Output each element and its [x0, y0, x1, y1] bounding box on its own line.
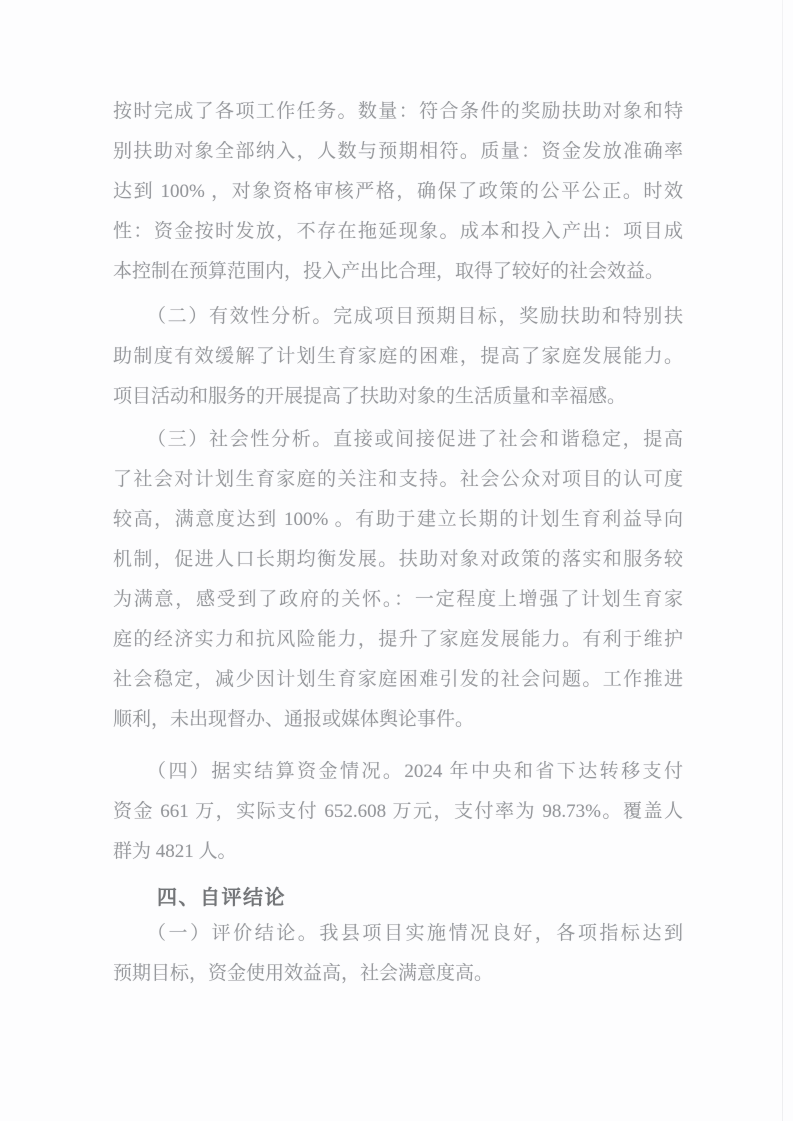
text-line: 资金 661 万，实际支付 652.608 万元，支付率为 98.73%。覆盖人	[113, 792, 683, 832]
text-line: （一）评价结论。我县项目实施情况良好，各项指标达到	[113, 914, 683, 954]
scan-edge-line	[782, 0, 783, 1121]
text-line: （四）据实结算资金情况。2024 年中央和省下达转移支付	[113, 752, 683, 792]
text-line: 机制，促进人口长期均衡发展。扶助对象对政策的落实和服务较	[113, 540, 683, 580]
text-line: 顺利，未出现督办、通报或媒体舆论事件。	[113, 700, 683, 740]
paragraph-social-analysis: （三）社会性分析。直接或间接促进了社会和谐稳定，提高了社会对计划生育家庭的关注和…	[113, 420, 683, 740]
document-body: 按时完成了各项工作任务。数量：符合条件的奖励扶助对象和特别扶助对象全部纳入，人数…	[113, 92, 683, 994]
text-line: 较高，满意度达到 100% 。有助于建立长期的计划生育利益导向	[113, 500, 683, 540]
text-line: （二）有效性分析。完成项目预期目标，奖励扶助和特别扶	[113, 297, 683, 337]
text-line: 庭的经济实力和抗风险能力，提升了家庭发展能力。有利于维护	[113, 620, 683, 660]
text-line: 了社会对计划生育家庭的关注和支持。社会公众对项目的认可度	[113, 460, 683, 500]
section-heading-self-evaluation-conclusion: 四、自评结论	[113, 882, 683, 914]
scanned-document-page: 按时完成了各项工作任务。数量：符合条件的奖励扶助对象和特别扶助对象全部纳入，人数…	[0, 0, 793, 1121]
text-line: 为满意，感受到了政府的关怀。：一定程度上增强了计划生育家	[113, 580, 683, 620]
paragraph-effectiveness-analysis: （二）有效性分析。完成项目预期目标，奖励扶助和特别扶助制度有效缓解了计划生育家庭…	[113, 297, 683, 417]
text-line: 达到 100% ，对象资格审核严格，确保了政策的公平公正。时效	[113, 172, 683, 212]
text-line: 群为 4821 人。	[113, 832, 683, 872]
text-line: 预期目标，资金使用效益高，社会满意度高。	[113, 954, 683, 994]
text-line: 助制度有效缓解了计划生育家庭的困难，提高了家庭发展能力。	[113, 337, 683, 377]
paragraph-fund-settlement: （四）据实结算资金情况。2024 年中央和省下达转移支付资金 661 万，实际支…	[113, 752, 683, 872]
text-line: 项目活动和服务的开展提高了扶助对象的生活质量和幸福感。	[113, 377, 683, 417]
paragraph-evaluation-conclusion: （一）评价结论。我县项目实施情况良好，各项指标达到预期目标，资金使用效益高，社会…	[113, 914, 683, 994]
text-line: 按时完成了各项工作任务。数量：符合条件的奖励扶助对象和特	[113, 92, 683, 132]
text-line: （三）社会性分析。直接或间接促进了社会和谐稳定，提高	[113, 420, 683, 460]
text-line: 本控制在预算范围内，投入产出比合理，取得了较好的社会效益。	[113, 252, 683, 292]
text-line: 性：资金按时发放，不存在拖延现象。成本和投入产出：项目成	[113, 212, 683, 252]
text-line: 社会稳定，减少因计划生育家庭困难引发的社会问题。工作推进	[113, 660, 683, 700]
paragraph-continuation-quantity-quality: 按时完成了各项工作任务。数量：符合条件的奖励扶助对象和特别扶助对象全部纳入，人数…	[113, 92, 683, 292]
text-line: 别扶助对象全部纳入，人数与预期相符。质量：资金发放准确率	[113, 132, 683, 172]
